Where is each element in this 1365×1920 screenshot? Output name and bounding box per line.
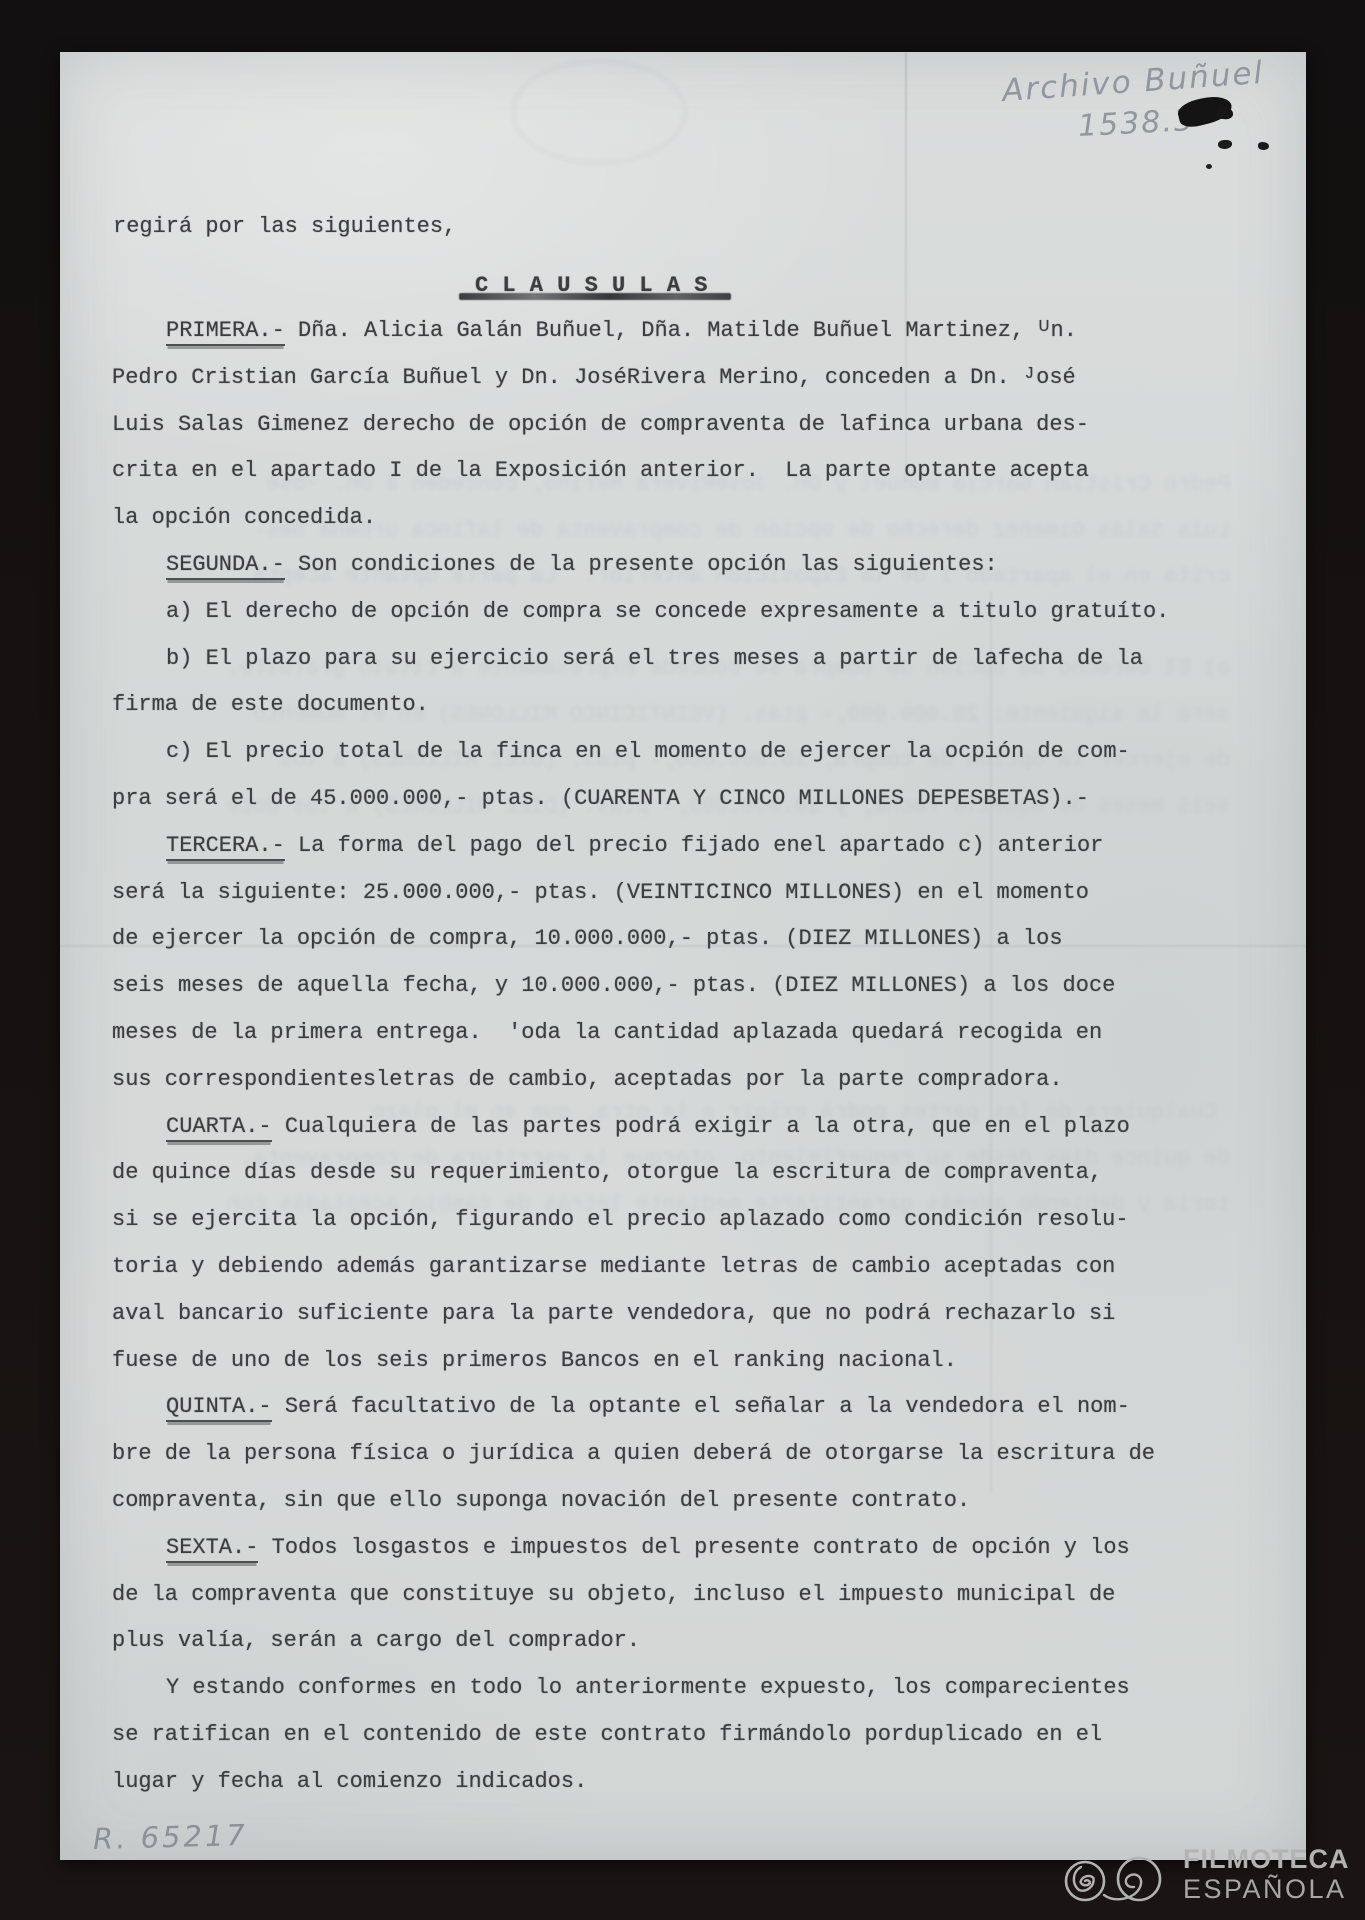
typed-line: meses de la primera entrega. 'oda la can… (112, 1018, 1102, 1047)
typed-line: fuese de uno de los seis primeros Bancos… (112, 1346, 957, 1375)
clause-title: TERCERA.- (166, 833, 285, 861)
filmoteca-wordmark-line1: FILMOTECA (1183, 1844, 1349, 1875)
typed-lines: PRIMERA.- Dña. Alicia Galán Buñuel, Dña.… (60, 52, 1306, 1860)
typed-line: toria y debiendo además garantizarse med… (112, 1252, 1115, 1281)
typed-line: c) El precio total de la finca en el mom… (166, 737, 1130, 766)
typed-text: pra será el de 45.000.000,- ptas. (CUARE… (112, 786, 1089, 811)
typed-text: se ratifican en el contenido de este con… (112, 1722, 1102, 1747)
typed-text: de ejercer la opción de compra, 10.000.0… (112, 926, 1063, 951)
typed-text: fuese de uno de los seis primeros Bancos… (112, 1348, 957, 1373)
typed-line: b) El plazo para su ejercicio será el tr… (166, 644, 1143, 673)
typed-line: aval bancario suficiente para la parte v… (112, 1299, 1115, 1328)
typed-text: Cualquiera de las partes podrá exigir a … (272, 1114, 1130, 1139)
typed-line: seis meses de aquella fecha, y 10.000.00… (112, 971, 1115, 1000)
typed-text: seis meses de aquella fecha, y 10.000.00… (112, 973, 1115, 998)
typed-line: SEGUNDA.- Son condiciones de la presente… (166, 550, 998, 579)
filmoteca-reel-icon (1053, 1843, 1178, 1913)
ink-speck (1258, 142, 1269, 150)
typed-line: firma de este documento. (112, 690, 429, 719)
typed-line: lugar y fecha al comienzo indicados. (112, 1767, 587, 1796)
typed-text: toria y debiendo además garantizarse med… (112, 1254, 1115, 1279)
typed-text: será la siguiente: 25.000.000,- ptas. (V… (112, 880, 1089, 905)
typed-text: firma de este documento. (112, 692, 429, 717)
typed-line: de ejercer la opción de compra, 10.000.0… (112, 924, 1063, 953)
typed-text: de quince días desde su requerimiento, o… (112, 1160, 1102, 1185)
typed-text: la opción concedida. (112, 505, 376, 530)
document-page: Pedro Cristian García Buñuel y Dn. JoséR… (60, 52, 1306, 1860)
typed-text: compraventa, sin que ello suponga novaci… (112, 1488, 970, 1513)
typed-line: PRIMERA.- Dña. Alicia Galán Buñuel, Dña.… (166, 316, 1077, 345)
typed-line: si se ejercita la opción, figurando el p… (112, 1205, 1129, 1234)
typed-line: compraventa, sin que ello suponga novaci… (112, 1486, 970, 1515)
typed-line: sus correspondientesletras de cambio, ac… (112, 1065, 1063, 1094)
registry-number-annotation: R. 65217 (93, 1818, 249, 1856)
typed-line: pra será el de 45.000.000,- ptas. (CUARE… (112, 784, 1089, 813)
clause-title: SEGUNDA.- (166, 552, 285, 580)
typed-text: de la compraventa que constituye su obje… (112, 1582, 1115, 1607)
typed-line: de quince días desde su requerimiento, o… (112, 1158, 1102, 1187)
typed-text: Todos losgastos e impuestos del presente… (258, 1535, 1129, 1560)
typed-line: la opción concedida. (112, 503, 376, 532)
typed-text: Son condiciones de la presente opción la… (285, 552, 998, 577)
typed-text: a) El derecho de opción de compra se con… (166, 599, 1169, 624)
typed-line: SEXTA.- Todos losgastos e impuestos del … (166, 1533, 1130, 1562)
typed-text: plus valía, serán a cargo del comprador. (112, 1628, 640, 1653)
typed-line: plus valía, serán a cargo del comprador. (112, 1626, 640, 1655)
clause-title: QUINTA.- (166, 1394, 272, 1422)
typed-line: QUINTA.- Será facultativo de la optante … (166, 1392, 1130, 1421)
typed-text: Luis Salas Gimenez derecho de opción de … (112, 412, 1089, 437)
typed-text: sus correspondientesletras de cambio, ac… (112, 1067, 1063, 1092)
typed-line: bre de la persona física o jurídica a qu… (112, 1439, 1155, 1468)
typed-line: de la compraventa que constituye su obje… (112, 1580, 1115, 1609)
typed-text: c) El precio total de la finca en el mom… (166, 739, 1130, 764)
scan-background: Pedro Cristian García Buñuel y Dn. JoséR… (0, 0, 1365, 1920)
ink-speck (1206, 164, 1212, 169)
typed-line: será la siguiente: 25.000.000,- ptas. (V… (112, 878, 1089, 907)
clause-title: CUARTA.- (166, 1114, 272, 1142)
typed-line: Y estando conformes en todo lo anteriorm… (166, 1673, 1130, 1702)
typed-line: Luis Salas Gimenez derecho de opción de … (112, 410, 1089, 439)
typed-text: meses de la primera entrega. 'oda la can… (112, 1020, 1102, 1045)
typed-line: Pedro Cristian García Buñuel y Dn. JoséR… (112, 363, 1076, 392)
typed-line: a) El derecho de opción de compra se con… (166, 597, 1169, 626)
typed-text: crita en el apartado I de la Exposición … (112, 458, 1089, 483)
typed-line: crita en el apartado I de la Exposición … (112, 456, 1089, 485)
typed-text: La forma del pago del precio fijado enel… (285, 833, 1104, 858)
typed-text: Y estando conformes en todo lo anteriorm… (166, 1675, 1130, 1700)
typed-line: CUARTA.- Cualquiera de las partes podrá … (166, 1112, 1130, 1141)
typed-text: Será facultativo de la optante el señala… (272, 1394, 1130, 1419)
typed-line: TERCERA.- La forma del pago del precio f… (166, 831, 1103, 860)
typed-text: bre de la persona física o jurídica a qu… (112, 1441, 1155, 1466)
clause-title: PRIMERA.- (166, 318, 285, 346)
typed-text: si se ejercita la opción, figurando el p… (112, 1207, 1129, 1232)
typed-text: lugar y fecha al comienzo indicados. (112, 1769, 587, 1794)
typed-text: Pedro Cristian García Buñuel y Dn. JoséR… (112, 365, 1076, 390)
clause-title: SEXTA.- (166, 1535, 258, 1563)
typed-text: b) El plazo para su ejercicio será el tr… (166, 646, 1143, 671)
typed-text: aval bancario suficiente para la parte v… (112, 1301, 1115, 1326)
filmoteca-wordmark-line2: ESPAÑOLA (1183, 1874, 1347, 1905)
typed-line: se ratifican en el contenido de este con… (112, 1720, 1102, 1749)
typed-text: Dña. Alicia Galán Buñuel, Dña. Matilde B… (285, 318, 1077, 343)
